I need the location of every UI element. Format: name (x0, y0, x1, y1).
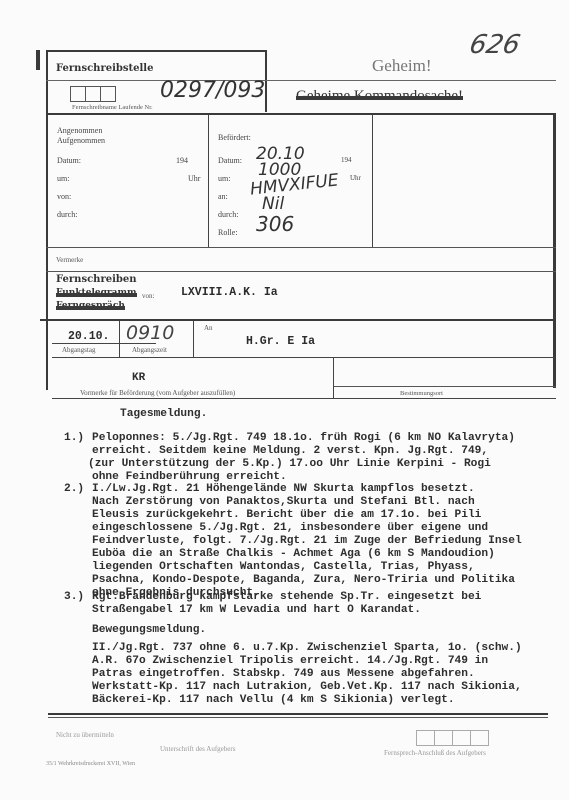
received-year: 194 (176, 156, 188, 165)
item-2-line-3: Eleusis zurückgekehrt. Bericht über die … (92, 509, 569, 522)
received-label-2: Aufgenommen (57, 136, 105, 145)
forwarded-durch-label: durch: (218, 210, 238, 219)
forwarded-year: 194 (341, 156, 352, 164)
message-sender: LXVIII.A.K. Ia (181, 286, 278, 299)
item-2-line-4: eingeschlossene 5./Jg.Rgt. 21, insbesond… (92, 522, 569, 535)
dispatch-time-value: 0910 (126, 322, 174, 344)
print-note: 35/1 Wehrkreisdruckerei XVII, Wien (46, 761, 135, 767)
serial-number: 0297/093 (160, 78, 265, 103)
movement-line-4: Werkstatt-Kp. 117 nach Lutrakion, Geb.Ve… (92, 681, 569, 694)
station-box-top (46, 50, 266, 52)
serial-caption: Fernschreibname Laufende Nr. (72, 104, 153, 111)
vermerke-label: Vermerke (56, 256, 83, 264)
forwarded-um-label: um: (218, 174, 230, 183)
dispatch-day-caption: Abgangstag (62, 346, 95, 354)
phone-boxes (416, 730, 489, 746)
message-type-active: Fernschreiben (56, 274, 137, 285)
forwarded-uhr-label: Uhr (350, 174, 361, 182)
item-1-line-1: Peloponnes: 5./Jg.Rgt. 749 18.1o. früh R… (92, 432, 569, 445)
item-3-line-1: Rgt.Brandenburg kampfstarke stehende Sp.… (92, 591, 569, 604)
item-2-line-6: Euböa die an Straße Chalkis - Achmet Aga… (92, 548, 569, 561)
received-datum-label: Datum: (57, 156, 81, 165)
column-divider-1 (208, 115, 209, 247)
footer-rule-bottom (48, 717, 548, 718)
station-box-left (46, 50, 48, 390)
item-1-line-3: (zur Unterstützung der 5.Kp.) 17.oo Uhr … (88, 458, 569, 471)
forwarded-datum-label: Datum: (218, 156, 242, 165)
dispatch-time-caption: Abgangszeit (132, 346, 167, 354)
item-1-line-4: ohne Feindberührung erreicht. (92, 471, 569, 484)
movement-line-1: II./Jg.Rgt. 737 ohne 6. u.7.Kp. Zwischen… (92, 642, 569, 655)
classification-label: Geheim! (372, 56, 431, 76)
received-durch-label: durch: (57, 210, 77, 219)
vermerke-top (46, 247, 556, 248)
message-title: Tagesmeldung. (120, 408, 569, 421)
footer-rule-top (48, 713, 548, 715)
item-2-line-7: liegenden Ortschaften Wantondas, Castell… (92, 561, 569, 574)
destination-line (334, 386, 556, 387)
message-von-label: von: (142, 292, 154, 300)
forwarded-an-label: an: (218, 192, 228, 201)
form-top (46, 113, 556, 115)
signature-caption: Unterschrift des Aufgebers (160, 745, 235, 753)
classification-struck: Geheime Kommandosache! (296, 88, 463, 105)
forwarded-rolle-label: Rolle: (218, 228, 238, 237)
movement-title: Bewegungsmeldung. (92, 624, 569, 637)
dispatch-divider-b (193, 321, 194, 357)
station-label: Fernschreibstelle (56, 63, 153, 74)
page-number-handwritten: 626 (467, 30, 523, 60)
phone-caption: Fernsprech-Anschluß des Aufgebers (384, 749, 486, 757)
classification-struck-text: Geheime Kommandosache! (296, 88, 463, 105)
movement-line-3: Patras eingetroffen. Stabskp. 749 aus Me… (92, 668, 569, 681)
forwarded-durch-value: Nil (262, 194, 284, 214)
item-2-line-8: Psachna, Kondo-Despote, Baganda, Zura, N… (92, 574, 569, 587)
item-2-line-1: I./Lw.Jg.Rgt. 21 Höhengelände NW Skurta … (92, 483, 569, 496)
forwarded-rolle-value: 306 (256, 212, 294, 236)
dispatch-recipient: H.Gr. E Ia (246, 335, 315, 348)
item-3-line-2: Straßengabel 17 km W Levadia und hart O … (92, 604, 569, 617)
column-divider-2 (372, 115, 373, 247)
priority-value: KR (132, 372, 145, 384)
priority-caption: Vormerke für Beförderung (vom Aufgeber a… (80, 389, 235, 397)
dispatch-day-value: 20.10. (68, 330, 109, 343)
item-2-line-2: Nach Zerstörung von Panaktos,Skurta und … (92, 496, 569, 509)
message-type-struck-1: Funktelegramm (56, 288, 137, 298)
received-von-label: von: (57, 192, 71, 201)
item-2-line-5: Feindverluste, folgt. 7./Jg.Rgt. 21 im Z… (92, 535, 569, 548)
destination-caption: Bestimmungsort (400, 390, 443, 397)
priority-bottom (52, 398, 556, 399)
received-um-label: um: (57, 174, 69, 183)
dispatch-divider-a (119, 321, 120, 357)
movement-line-2: A.R. 67o Zwischenziel Tripolis erreicht.… (92, 655, 569, 668)
message-type-bottom (40, 319, 556, 321)
priority-divider (333, 357, 334, 399)
dispatch-bottom (52, 357, 556, 358)
form-right (553, 113, 556, 388)
received-label-1: Angenommen (57, 126, 102, 135)
dispatch-an-label: An (204, 324, 213, 332)
forwarded-label: Befördert: (218, 133, 251, 142)
not-transmit-label: Nicht zu übermitteln (56, 731, 114, 739)
received-uhr-label: Uhr (188, 174, 200, 183)
message-type-struck-2: Ferngespräch (56, 301, 125, 311)
serial-boxes (70, 86, 116, 102)
margin-mark (36, 50, 40, 70)
station-divider (46, 80, 556, 81)
item-1-line-2: erreicht. Seitdem keine Meldung. 2 verst… (92, 445, 569, 458)
movement-line-5: Bäckerei-Kp. 117 nach Vellu (4 km S Siki… (92, 694, 569, 707)
vermerke-bottom (46, 271, 556, 272)
